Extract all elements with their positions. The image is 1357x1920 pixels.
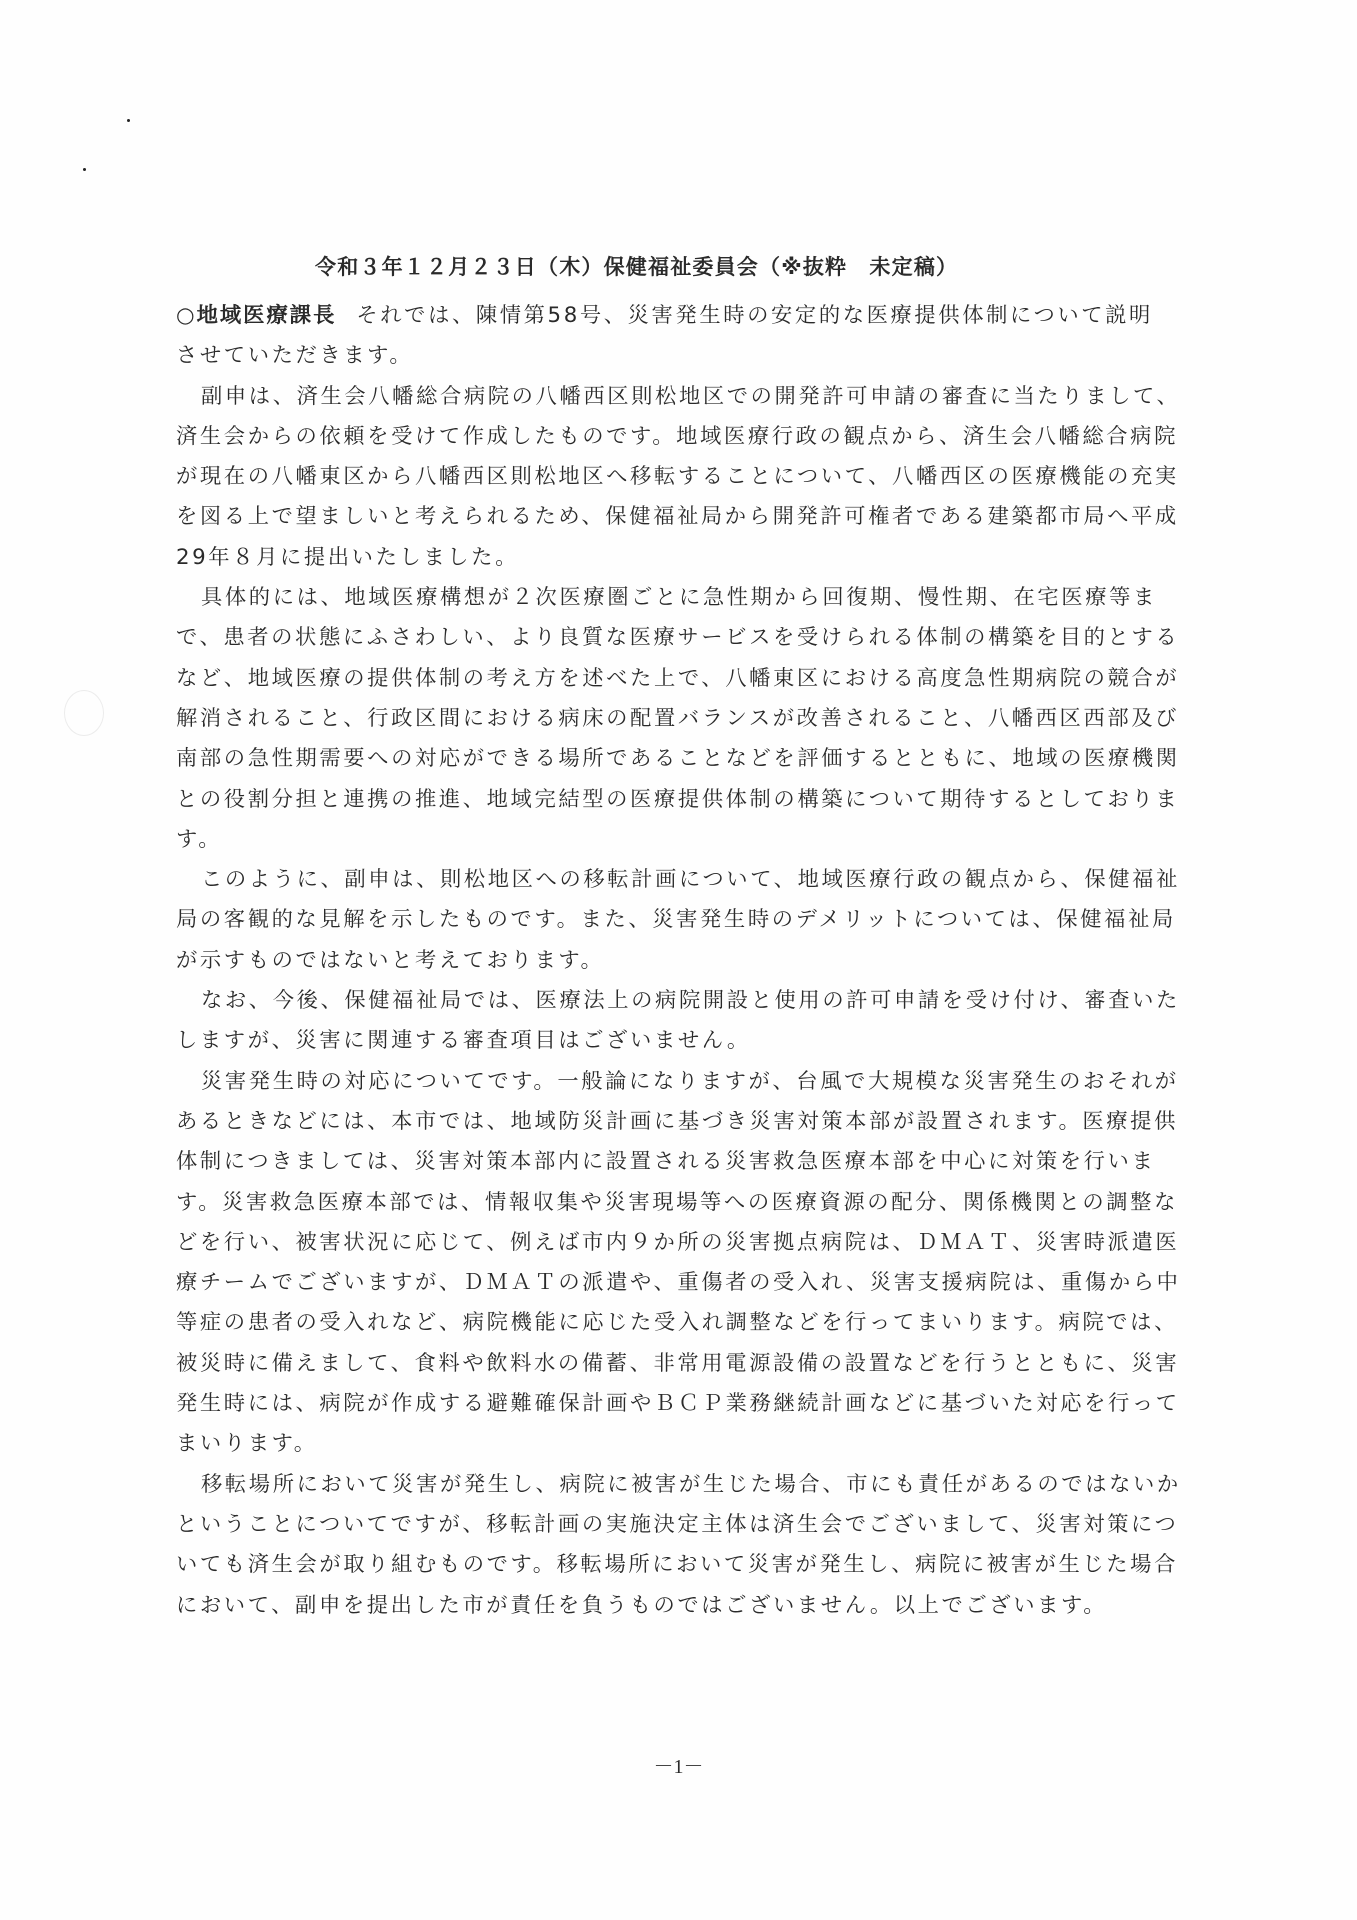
document-page: 令和３年１２月２３日（木）保健福祉委員会（※抜粋 未定稿） ○地域医療課長それで… [0, 0, 1357, 1920]
text-line: す。災害救急医療本部では、情報収集や災害現場等への医療資源の配分、関係機関との調… [176, 1183, 1201, 1223]
text-line: どを行い、被害状況に応じて、例えば市内９か所の災害拠点病院は、ＤＭＡＴ、災害時派… [176, 1223, 1201, 1263]
text-line: 局の客観的な見解を示したものです。また、災害発生時のデメリットについては、保健福… [176, 900, 1201, 940]
text-line: が示すものではないと考えております。 [176, 941, 1201, 981]
text-line: 済生会からの依頼を受けて作成したものです。地域医療行政の観点から、済生会八幡総合… [176, 417, 1201, 457]
text-line: 解消されること、行政区間における病床の配置バランスが改善されること、八幡西区西部… [176, 699, 1201, 739]
text-line: において、副申を提出した市が責任を負うものではございません。以上でございます。 [176, 1586, 1201, 1626]
text-line: を図る上で望ましいと考えられるため、保健福祉局から開発許可権者である建築都市局へ… [176, 497, 1201, 537]
text-line: す。 [176, 820, 1201, 860]
text-line: 体制につきましては、災害対策本部内に設置される災害救急医療本部を中心に対策を行い… [176, 1142, 1201, 1182]
speaker-label: ○地域医療課長 [176, 303, 336, 328]
paragraph-start-line: このように、副申は、則松地区への移転計画について、地域医療行政の観点から、保健福… [176, 860, 1201, 900]
line-text: それでは、陳情第58号、災害発生時の安定的な医療提供体制について説明 [356, 303, 1153, 328]
text-line: 療チームでございますが、ＤＭＡＴの派遣や、重傷者の受入れ、災害支援病院は、重傷か… [176, 1263, 1201, 1303]
text-line: 29年８月に提出いたしました。 [176, 538, 1201, 578]
text-line: いても済生会が取り組むものです。移転場所において災害が発生し、病院に被害が生じた… [176, 1545, 1201, 1585]
text-line: 南部の急性期需要への対応ができる場所であることなどを評価するとともに、地域の医療… [176, 739, 1201, 779]
text-line: させていただきます。 [176, 336, 1201, 376]
paragraph-start-line: 災害発生時の対応についてです。一般論になりますが、台風で大規模な災害発生のおそれ… [176, 1062, 1201, 1102]
paragraph-start-line: なお、今後、保健福祉局では、医療法上の病院開設と使用の許可申請を受け付け、審査い… [176, 981, 1201, 1021]
text-line: ということについてですが、移転計画の実施決定主体は済生会でございまして、災害対策… [176, 1505, 1201, 1545]
text-line: 被災時に備えまして、食料や飲料水の備蓄、非常用電源設備の設置などを行うとともに、… [176, 1344, 1201, 1384]
text-line: 等症の患者の受入れなど、病院機能に応じた受入れ調整などを行ってまいります。病院で… [176, 1303, 1201, 1343]
text-line: あるときなどには、本市では、地域防災計画に基づき災害対策本部が設置されます。医療… [176, 1102, 1201, 1142]
text-line: など、地域医療の提供体制の考え方を述べた上で、八幡東区における高度急性期病院の競… [176, 659, 1201, 699]
paragraph-start-line: 移転場所において災害が発生し、病院に被害が生じた場合、市にも責任があるのではない… [176, 1465, 1201, 1505]
punch-hole-mark [64, 690, 104, 736]
text-line: が現在の八幡東区から八幡西区則松地区へ移転することについて、八幡西区の医療機能の… [176, 457, 1201, 497]
text-line: 発生時には、病院が作成する避難確保計画やＢＣＰ業務継続計画などに基づいた対応を行… [176, 1384, 1201, 1424]
text-line: で、患者の状態にふさわしい、より良質な医療サービスを受けられる体制の構築を目的と… [176, 618, 1201, 658]
scan-speck [127, 119, 130, 122]
text-line: ○地域医療課長それでは、陳情第58号、災害発生時の安定的な医療提供体制について説… [176, 296, 1201, 336]
page-number: －1－ [0, 1750, 1357, 1779]
paragraph-start-line: 副申は、済生会八幡総合病院の八幡西区則松地区での開発許可申請の審査に当たりまして… [176, 377, 1201, 417]
text-line: しますが、災害に関連する審査項目はございません。 [176, 1021, 1201, 1061]
document-body: ○地域医療課長それでは、陳情第58号、災害発生時の安定的な医療提供体制について説… [176, 296, 1201, 1626]
document-title: 令和３年１２月２３日（木）保健福祉委員会（※抜粋 未定稿） [315, 251, 1075, 281]
text-line: との役割分担と連携の推進、地域完結型の医療提供体制の構築について期待するとしてお… [176, 780, 1201, 820]
scan-speck [83, 168, 86, 171]
paragraph-start-line: 具体的には、地域医療構想が２次医療圏ごとに急性期から回復期、慢性期、在宅医療等ま [176, 578, 1201, 618]
text-line: まいります。 [176, 1424, 1201, 1464]
